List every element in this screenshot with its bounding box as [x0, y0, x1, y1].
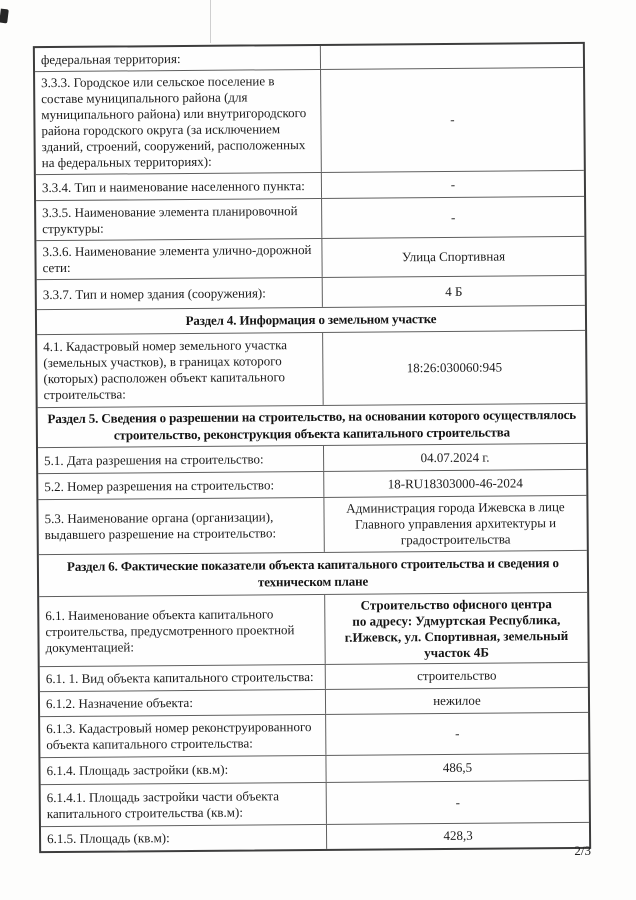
row-value: 18-RU18303000-46-2024 — [323, 470, 586, 497]
table-row: 6.1.5. Площадь (кв.м): 428,3 — [41, 822, 589, 851]
capital-construction-table: федеральная территория: 3.3.3. Городское… — [33, 42, 591, 853]
row-label: 6.1.4. Площадь застройки (кв.м): — [40, 756, 325, 784]
row-label: 6.1. 1. Вид объекта капитального строите… — [40, 665, 325, 691]
table-row: 6.1.2. Назначение объекта: нежилое — [40, 687, 588, 716]
table-row: 3.3.3. Городское или сельское поселение … — [35, 67, 584, 174]
row-value: нежилое — [325, 688, 588, 714]
row-label: 5.3. Наименование органа (организации), … — [38, 498, 323, 554]
row-value: - — [326, 781, 589, 824]
row-value: - — [325, 713, 588, 755]
row-label: 3.3.5. Наименование элемента планировочн… — [36, 199, 321, 240]
row-value: 486,5 — [325, 754, 588, 782]
row-value: 428,3 — [326, 823, 589, 849]
row-value: Улица Спортивная — [321, 237, 584, 277]
row-value: 04.07.2024 г. — [323, 444, 586, 471]
row-label: 6.1.3. Кадастровый номер реконструирован… — [40, 715, 325, 757]
page-number: 2/3 — [574, 843, 591, 859]
row-label: 3.3.3. Городское или сельское поселение … — [35, 70, 321, 174]
row-label: 4.1. Кадастровый номер земельного участк… — [37, 333, 323, 407]
row-label: 3.3.7. Тип и номер здания (сооружения): — [37, 278, 322, 309]
row-value — [320, 44, 583, 69]
row-value: - — [320, 68, 584, 172]
row-label: 3.3.4. Тип и наименование населенного пу… — [36, 173, 321, 200]
row-value: Строительство офисного центра по адресу:… — [324, 593, 588, 664]
row-value: - — [321, 197, 584, 238]
table-row: 3.3.6. Наименование элемента улично-доро… — [36, 236, 584, 279]
row-value: 18:26:030060:945 — [322, 331, 586, 405]
row-label: 6.1. Наименование объекта капитального с… — [39, 595, 325, 666]
row-label: 6.1.4.1. Площадь застройки части объекта… — [41, 783, 326, 826]
row-value: Администрация города Ижевска в лице Глав… — [323, 496, 586, 552]
row-label: 3.3.6. Наименование элемента улично-доро… — [36, 239, 321, 279]
table-row: 5.2. Номер разрешения на строительство: … — [38, 469, 586, 499]
table-row: 6.1.3. Кадастровый номер реконструирован… — [40, 712, 588, 757]
table-row: 5.1. Дата разрешения на строительство: 0… — [38, 443, 586, 473]
row-label: 6.1.2. Назначение объекта: — [40, 690, 325, 716]
scan-artifact-corner-mark — [0, 9, 9, 24]
table-row: 6.1.4.1. Площадь застройки части объекта… — [41, 780, 589, 826]
table-row: 6.1. 1. Вид объекта капитального строите… — [40, 662, 588, 691]
scan-artifact-line — [210, 0, 211, 43]
row-value: 4 Б — [322, 276, 585, 307]
row-value: строительство — [325, 663, 588, 689]
row-value: - — [321, 171, 584, 198]
table-row: 3.3.5. Наименование элемента планировочн… — [36, 196, 584, 240]
row-label: 5.1. Дата разрешения на строительство: — [38, 446, 323, 473]
table-row: федеральная территория: — [35, 44, 583, 71]
table-row: 6.1. Наименование объекта капитального с… — [39, 592, 588, 666]
table-row: 3.3.4. Тип и наименование населенного пу… — [36, 170, 584, 200]
section-header-5: Раздел 5. Сведения о разрешении на строи… — [38, 403, 586, 447]
table-row: 3.3.7. Тип и номер здания (сооружения): … — [37, 275, 585, 309]
document-page: федеральная территория: 3.3.3. Городское… — [0, 0, 636, 900]
table-row: 4.1. Кадастровый номер земельного участк… — [37, 330, 586, 407]
table-row: 5.3. Наименование органа (организации), … — [38, 495, 586, 554]
table-row: 6.1.4. Площадь застройки (кв.м): 486,5 — [40, 753, 588, 784]
row-label: 5.2. Номер разрешения на строительство: — [38, 472, 323, 499]
row-label: федеральная территория: — [35, 46, 320, 71]
section-header-6: Раздел 6. Фактические показатели объекта… — [39, 550, 587, 596]
row-label: 6.1.5. Площадь (кв.м): — [41, 825, 326, 851]
